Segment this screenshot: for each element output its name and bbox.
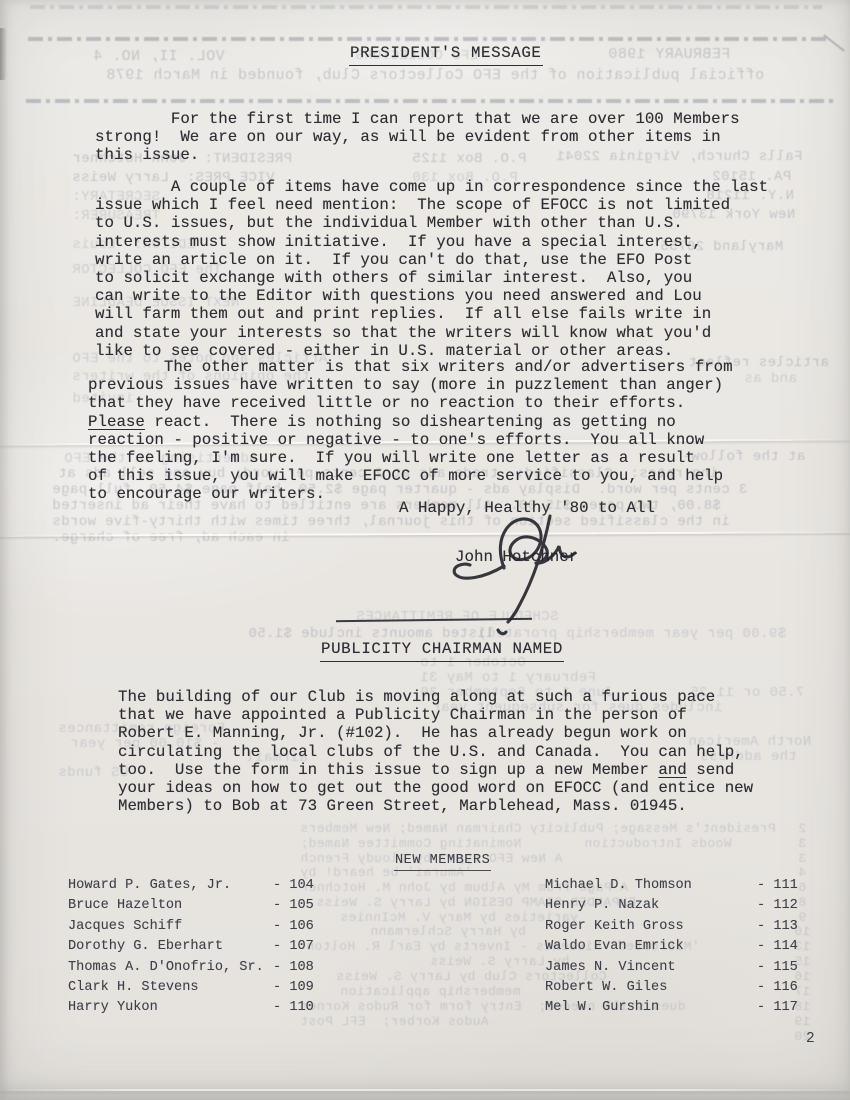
text-line: and state your interests so that the wri… [95, 324, 768, 342]
member-row: Thomas A. D'Onofrio, Sr.- 108 [68, 958, 314, 978]
member-row: Clark H. Stevens- 109 [68, 978, 314, 998]
new-members-heading: NEW MEMBERS [394, 853, 491, 871]
bleed-ghost-text: 3 [798, 852, 806, 865]
member-row: Dorothy G. Eberhart- 107 [68, 937, 314, 957]
text-line: will farm them out and print replies. If… [95, 305, 768, 323]
member-number: - 110 [273, 998, 314, 1018]
text-line: issue which I feel need mention: The sco… [95, 196, 768, 214]
text-line: this issue. [95, 146, 740, 164]
bleed-ghost-text: 4 [798, 866, 806, 879]
text-line: A couple of items have come up in corres… [95, 178, 768, 196]
text-line: that they have received little or no rea… [88, 394, 733, 412]
text-line: The building of our Club is moving along… [118, 688, 753, 706]
member-row: Howard P. Gates, Jr.- 104 [68, 876, 314, 896]
bleed-ghost-text: 8 [798, 896, 806, 909]
paragraph-2: A couple of items have come up in corres… [95, 178, 768, 360]
bleed-ghost-text: official publication of the EFO Collecto… [106, 68, 764, 83]
text-line: For the first time I can report that we … [95, 110, 740, 128]
paragraph-3: The other matter is that six writers and… [88, 358, 733, 504]
member-row: Roger Keith Gross- 113 [545, 917, 798, 937]
text-line: circulating the local clubs of the U.S. … [118, 743, 753, 761]
text-line: Members) to Bob at 73 Green Street, Marb… [118, 797, 753, 815]
bleed-ghost-text: 2 [798, 822, 806, 835]
member-row: Harry Yukon- 110 [68, 998, 314, 1018]
member-row: Mel W. Gurshin- 117 [545, 998, 798, 1018]
bleed-ghost-text: FEBRUARY 1980 [608, 47, 730, 62]
member-name: Dorothy G. Eberhart [68, 937, 273, 957]
member-number: - 116 [757, 978, 798, 998]
bleed-ghost-text: Woods Introduction [584, 837, 732, 850]
member-number: - 111 [757, 876, 798, 896]
publicity-chairman-heading: PUBLICITY CHAIRMAN NAMED [320, 640, 564, 662]
presidents-message-heading: PRESIDENT'S MESSAGE [349, 44, 543, 66]
bleed-ghost-text: Nominating Committee Named; [300, 837, 521, 850]
text-line: too. Use the form in this issue to sign … [118, 761, 753, 779]
member-number: - 107 [273, 937, 314, 957]
bleed-ghost-text: Audos Korber; EFL Post [300, 1015, 489, 1028]
text-line: to U.S. issues, but the individual Membe… [95, 214, 768, 232]
member-number: - 112 [757, 896, 798, 916]
bleed-dash-rule [28, 37, 830, 41]
member-row: Waldo Evan Emrick- 114 [545, 937, 798, 957]
text-line: Robert E. Manning, Jr. (#102). He has al… [118, 724, 753, 742]
member-number: - 106 [273, 917, 314, 937]
member-name: Henry P. Nazak [545, 896, 757, 916]
heading-text: NEW MEMBERS [394, 853, 491, 871]
bleed-ghost-text: by Harry Schlermann [370, 925, 526, 938]
bleed-ghost-text: President's Message; Publicity Chairman … [300, 822, 776, 835]
bleed-ghost-text: 9 [798, 911, 806, 924]
paper-bottom-edge [0, 1089, 850, 1091]
text-line: that we have appointed a Publicity Chair… [118, 706, 753, 724]
text-line: strong! We are on our way, as will be ev… [95, 128, 740, 146]
heading-text: PUBLICITY CHAIRMAN NAMED [320, 640, 564, 662]
text-line: reaction - positive or negative - to one… [88, 431, 733, 449]
member-number: - 117 [757, 998, 798, 1018]
signature-flourish-icon [438, 506, 588, 638]
member-name: Michael D. Thomson [545, 876, 757, 896]
text-line: the feeling, I'm sure. If you will write… [88, 449, 733, 467]
bleed-ghost-text: varieties by Mary V. McInnies [340, 911, 578, 924]
new-members-left-column: Howard P. Gates, Jr.- 104Bruce Hazelton-… [68, 876, 314, 1019]
member-number: - 104 [273, 876, 314, 896]
bleed-ghost-text: and as [744, 372, 797, 386]
member-row: Henry P. Nazak- 112 [545, 896, 798, 916]
scanned-newsletter-page: VOL. II, NO. 4EFO COLLECTORSFEBRUARY 198… [0, 0, 850, 1100]
member-name: Mel W. Gurshin [545, 998, 757, 1018]
bleed-ghost-text: membership application [340, 985, 520, 998]
text-line: write an article on it. If you can't do … [95, 251, 768, 269]
scanner-edge-mark [0, 28, 7, 80]
member-row: Robert W. Giles- 116 [545, 978, 798, 998]
member-name: Jacques Schiff [68, 917, 273, 937]
text-line: The other matter is that six writers and… [88, 358, 733, 376]
bleed-ghost-text: February 1 to May 31 [420, 671, 596, 685]
member-name: Waldo Evan Emrick [545, 937, 757, 957]
text-line: your ideas on how to get out the good wo… [118, 779, 753, 797]
paragraph-1: For the first time I can report that we … [95, 110, 740, 165]
member-number: - 114 [757, 937, 798, 957]
text-line: interests must show initiative. If you h… [95, 233, 768, 251]
member-name: Howard P. Gates, Jr. [68, 876, 273, 896]
publicity-paragraph: The building of our Club is moving along… [118, 688, 753, 815]
member-number: - 115 [757, 958, 798, 978]
member-number: - 109 [273, 978, 314, 998]
member-name: Robert W. Giles [545, 978, 757, 998]
member-name: Bruce Hazelton [68, 896, 273, 916]
text-line: to solicit exchange with others of simil… [95, 269, 768, 287]
member-row: Bruce Hazelton- 105 [68, 896, 314, 916]
text-line: of this issue, you will make EFOCC of mo… [88, 467, 733, 485]
member-name: Harry Yukon [68, 998, 273, 1018]
member-name: James N. Vincent [545, 958, 757, 978]
text-line: Please react. There is nothing so dishea… [88, 413, 733, 431]
member-row: Jacques Schiff- 106 [68, 917, 314, 937]
bleed-ghost-text: VOL. II, NO. 4 [93, 49, 225, 64]
member-name: Thomas A. D'Onofrio, Sr. [68, 958, 273, 978]
member-row: Michael D. Thomson- 111 [545, 876, 798, 896]
bleed-dash-rule [30, 5, 822, 9]
bleed-ghost-text: 3 [798, 837, 806, 850]
text-line: can write to the Editor with questions y… [95, 287, 768, 305]
bleed-ghost-text: 6 [798, 881, 806, 894]
member-name: Roger Keith Gross [545, 917, 757, 937]
member-number: - 108 [273, 958, 314, 978]
member-row: James N. Vincent- 115 [545, 958, 798, 978]
member-name: Clark H. Stevens [68, 978, 273, 998]
member-number: - 113 [757, 917, 798, 937]
text-line: previous issues have written to say (mor… [88, 376, 733, 394]
bleed-dash-rule [26, 99, 838, 103]
new-members-right-column: Michael D. Thomson- 111Henry P. Nazak- 1… [545, 876, 798, 1019]
page-number: 2 [806, 1031, 815, 1047]
heading-text: PRESIDENT'S MESSAGE [349, 44, 543, 66]
member-number: - 105 [273, 896, 314, 916]
